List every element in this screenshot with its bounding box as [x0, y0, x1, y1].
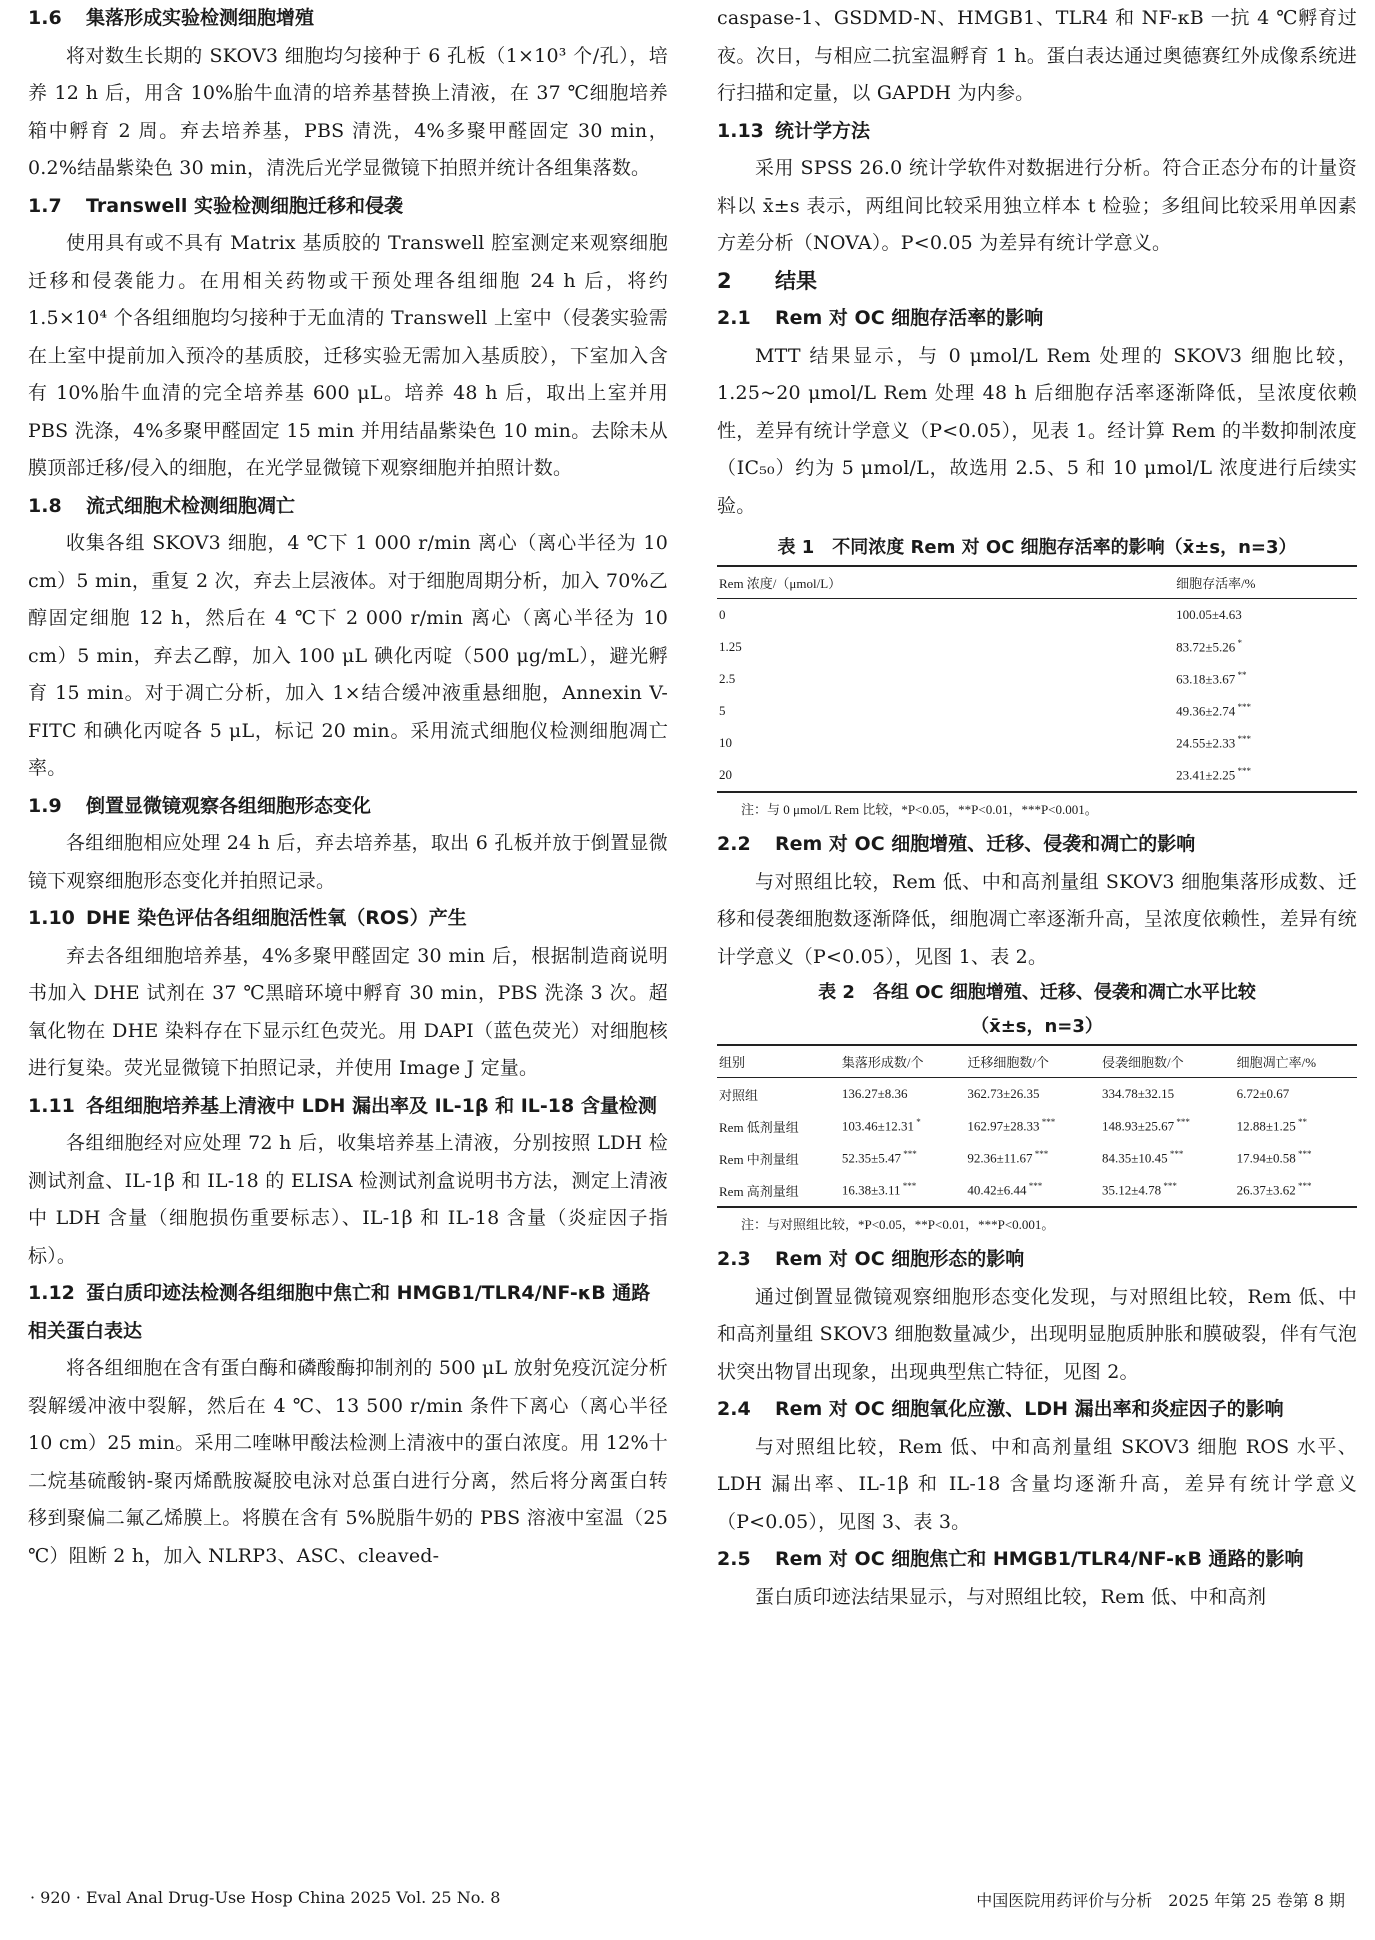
section-heading: 1.6集落形成实验检测细胞增殖: [28, 0, 668, 38]
section-title: 集落形成实验检测细胞增殖: [86, 7, 314, 29]
right-top-text: caspase-1、GSDMD-N、HMGB1、TLR4 和 NF-κB 一抗 …: [717, 0, 1357, 525]
table-row: 2023.41±2.25 ***: [717, 759, 1357, 792]
body-paragraph: caspase-1、GSDMD-N、HMGB1、TLR4 和 NF-κB 一抗 …: [717, 0, 1357, 113]
body-paragraph: 将各组细胞在含有蛋白酶和磷酸酶抑制剂的 500 μL 放射免疫沉淀分析裂解缓冲液…: [28, 1350, 668, 1575]
footer-journal-info: 中国医院用药评价与分析 2025 年第 25 卷第 8 期: [976, 1888, 1345, 1911]
section-title: Rem 对 OC 细胞增殖、迁移、侵袭和凋亡的影响: [775, 833, 1195, 855]
body-paragraph: 与对照组比较，Rem 低、中和高剂量组 SKOV3 细胞 ROS 水平、LDH …: [717, 1429, 1357, 1542]
table2-note: 注：与对照组比较，*P<0.05，**P<0.01，***P<0.001。: [741, 1214, 1357, 1233]
right-mid-text: 2.2Rem 对 OC 细胞增殖、迁移、侵袭和凋亡的影响与对照组比较，Rem 低…: [717, 826, 1357, 976]
section-number: 2.3: [717, 1241, 775, 1279]
concentration-cell: 1.25: [717, 631, 876, 663]
table-cell: 52.35±5.47 ***: [840, 1142, 965, 1174]
section-title: Rem 对 OC 细胞焦亡和 HMGB1/TLR4/NF-κB 通路的影响: [775, 1548, 1304, 1570]
body-paragraph: 收集各组 SKOV3 细胞，4 ℃下 1 000 r/min 离心（离心半径为 …: [28, 525, 668, 788]
right-column: caspase-1、GSDMD-N、HMGB1、TLR4 和 NF-κB 一抗 …: [717, 0, 1357, 1616]
table-row: Rem 低剂量组103.46±12.31 *162.97±28.33 ***14…: [717, 1110, 1357, 1142]
survival-rate-cell: 83.72±5.26 *: [876, 631, 1357, 663]
table2-header: 侵袭细胞数/个: [1100, 1045, 1235, 1078]
section-title: 流式细胞术检测细胞凋亡: [86, 495, 295, 517]
section-title: Rem 对 OC 细胞形态的影响: [775, 1248, 1024, 1270]
table-cell: 40.42±6.44 ***: [965, 1174, 1100, 1207]
table2-header: 细胞凋亡率/%: [1235, 1045, 1357, 1078]
survival-rate-cell: 100.05±4.63: [876, 599, 1357, 632]
concentration-cell: 5: [717, 695, 876, 727]
table1-header: Rem 浓度/（μmol/L）: [717, 566, 876, 599]
table-cell: 对照组: [717, 1078, 840, 1111]
body-paragraph: MTT 结果显示，与 0 μmol/L Rem 处理的 SKOV3 细胞比较，1…: [717, 338, 1357, 526]
section-number: 2.2: [717, 826, 775, 864]
right-bottom-text: 2.3Rem 对 OC 细胞形态的影响通过倒置显微镜观察细胞形态变化发现，与对照…: [717, 1241, 1357, 1616]
section-title: Rem 对 OC 细胞存活率的影响: [775, 307, 1043, 329]
table-cell: 162.97±28.33 ***: [965, 1110, 1100, 1142]
section-title: Transwell 实验检测细胞迁移和侵袭: [86, 195, 403, 217]
section-number: 1.13: [717, 113, 775, 151]
body-paragraph: 各组细胞经对应处理 72 h 后，收集培养基上清液，分别按照 LDH 检测试剂盒…: [28, 1125, 668, 1275]
table-cell: 334.78±32.15: [1100, 1078, 1235, 1111]
section-heading: 2.3Rem 对 OC 细胞形态的影响: [717, 1241, 1357, 1279]
survival-rate-cell: 63.18±3.67 **: [876, 663, 1357, 695]
table1: 表 1 不同浓度 Rem 对 OC 细胞存活率的影响（x̄±s，n=3） Rem…: [717, 531, 1357, 818]
section-number: 1.8: [28, 488, 86, 526]
left-column: 1.6集落形成实验检测细胞增殖将对数生长期的 SKOV3 细胞均匀接种于 6 孔…: [28, 0, 668, 1575]
section-heading: 1.10DHE 染色评估各组细胞活性氧（ROS）产生: [28, 900, 668, 938]
body-paragraph: 采用 SPSS 26.0 统计学软件对数据进行分析。符合正态分布的计量资料以 x…: [717, 150, 1357, 263]
section-number: 2.5: [717, 1541, 775, 1579]
table-cell: 26.37±3.62 ***: [1235, 1174, 1357, 1207]
table-cell: Rem 低剂量组: [717, 1110, 840, 1142]
section-number: 2: [717, 263, 775, 301]
table-row: 0100.05±4.63: [717, 599, 1357, 632]
table-cell: 35.12±4.78 ***: [1100, 1174, 1235, 1207]
table2-header: 组别: [717, 1045, 840, 1078]
table-row: 549.36±2.74 ***: [717, 695, 1357, 727]
table-cell: 12.88±1.25 **: [1235, 1110, 1357, 1142]
table1-caption: 表 1 不同浓度 Rem 对 OC 细胞存活率的影响（x̄±s，n=3）: [717, 531, 1357, 565]
table2-grid: 组别集落形成数/个迁移细胞数/个侵袭细胞数/个细胞凋亡率/% 对照组136.27…: [717, 1044, 1357, 1208]
section-heading: 1.8流式细胞术检测细胞凋亡: [28, 488, 668, 526]
table-cell: 136.27±8.36: [840, 1078, 965, 1111]
table-row: Rem 中剂量组52.35±5.47 ***92.36±11.67 ***84.…: [717, 1142, 1357, 1174]
section-number: 1.11: [28, 1088, 86, 1126]
body-paragraph: 通过倒置显微镜观察细胞形态变化发现，与对照组比较，Rem 低、中和高剂量组 SK…: [717, 1279, 1357, 1392]
table-cell: 17.94±0.58 ***: [1235, 1142, 1357, 1174]
survival-rate-cell: 49.36±2.74 ***: [876, 695, 1357, 727]
body-paragraph: 各组细胞相应处理 24 h 后，弃去培养基，取出 6 孔板并放于倒置显微镜下观察…: [28, 825, 668, 900]
table-cell: 16.38±3.11 ***: [840, 1174, 965, 1207]
body-paragraph: 与对照组比较，Rem 低、中和高剂量组 SKOV3 细胞集落形成数、迁移和侵袭细…: [717, 864, 1357, 977]
section-heading: 1.7Transwell 实验检测细胞迁移和侵袭: [28, 188, 668, 226]
section-heading: 2.1Rem 对 OC 细胞存活率的影响: [717, 300, 1357, 338]
table-cell: 362.73±26.35: [965, 1078, 1100, 1111]
table-row: 1.2583.72±5.26 *: [717, 631, 1357, 663]
concentration-cell: 0: [717, 599, 876, 632]
section-title: DHE 染色评估各组细胞活性氧（ROS）产生: [86, 907, 467, 929]
concentration-cell: 2.5: [717, 663, 876, 695]
section-heading: 2.2Rem 对 OC 细胞增殖、迁移、侵袭和凋亡的影响: [717, 826, 1357, 864]
section-number: 1.6: [28, 0, 86, 38]
concentration-cell: 10: [717, 727, 876, 759]
table-cell: 148.93±25.67 ***: [1100, 1110, 1235, 1142]
table1-header: 细胞存活率/%: [876, 566, 1357, 599]
table-cell: 6.72±0.67: [1235, 1078, 1357, 1111]
section-heading: 1.12蛋白质印迹法检测各组细胞中焦亡和 HMGB1/TLR4/NF-κB 通路…: [28, 1275, 668, 1350]
body-paragraph: 蛋白质印迹法结果显示，与对照组比较，Rem 低、中和高剂: [717, 1579, 1357, 1617]
section-title: 各组细胞培养基上清液中 LDH 漏出率及 IL-1β 和 IL-18 含量检测: [86, 1095, 657, 1117]
table1-grid: Rem 浓度/（μmol/L） 细胞存活率/% 0100.05±4.631.25…: [717, 565, 1357, 793]
section-number: 2.4: [717, 1391, 775, 1429]
body-paragraph: 使用具有或不具有 Matrix 基质胶的 Transwell 腔室测定来观察细胞…: [28, 225, 668, 488]
table-cell: 84.35±10.45 ***: [1100, 1142, 1235, 1174]
table-row: 对照组136.27±8.36362.73±26.35334.78±32.156.…: [717, 1078, 1357, 1111]
section-title: Rem 对 OC 细胞氧化应激、LDH 漏出率和炎症因子的影响: [775, 1398, 1284, 1420]
body-paragraph: 弃去各组细胞培养基，4%多聚甲醛固定 30 min 后，根据制造商说明书加入 D…: [28, 938, 668, 1088]
survival-rate-cell: 23.41±2.25 ***: [876, 759, 1357, 792]
section-heading: 2.4Rem 对 OC 细胞氧化应激、LDH 漏出率和炎症因子的影响: [717, 1391, 1357, 1429]
table2-caption-stats: （x̄±s，n=3）: [717, 1010, 1357, 1044]
table1-note: 注：与 0 μmol/L Rem 比较，*P<0.05，**P<0.01，***…: [741, 799, 1357, 818]
section-title: 蛋白质印迹法检测各组细胞中焦亡和 HMGB1/TLR4/NF-κB 通路相关蛋白…: [28, 1282, 650, 1342]
section-number: 1.9: [28, 788, 86, 826]
section-title: 结果: [775, 269, 817, 293]
section-heading: 1.13统计学方法: [717, 113, 1357, 151]
section-number: 2.1: [717, 300, 775, 338]
survival-rate-cell: 24.55±2.33 ***: [876, 727, 1357, 759]
table-cell: Rem 高剂量组: [717, 1174, 840, 1207]
table-row: Rem 高剂量组16.38±3.11 ***40.42±6.44 ***35.1…: [717, 1174, 1357, 1207]
table2-header: 集落形成数/个: [840, 1045, 965, 1078]
section-number: 1.7: [28, 188, 86, 226]
table2-header: 迁移细胞数/个: [965, 1045, 1100, 1078]
section-heading: 2结果: [717, 263, 1357, 301]
table2: 表 2 各组 OC 细胞增殖、迁移、侵袭和凋亡水平比较 （x̄±s，n=3） 组…: [717, 976, 1357, 1233]
table-cell: 92.36±11.67 ***: [965, 1142, 1100, 1174]
footer-page-info: · 920 · Eval Anal Drug-Use Hosp China 20…: [30, 1888, 500, 1907]
section-title: 倒置显微镜观察各组细胞形态变化: [86, 795, 371, 817]
section-heading: 1.9倒置显微镜观察各组细胞形态变化: [28, 788, 668, 826]
table2-caption: 表 2 各组 OC 细胞增殖、迁移、侵袭和凋亡水平比较: [717, 976, 1357, 1010]
section-title: 统计学方法: [775, 120, 870, 142]
table-row: 1024.55±2.33 ***: [717, 727, 1357, 759]
body-paragraph: 将对数生长期的 SKOV3 细胞均匀接种于 6 孔板（1×10³ 个/孔），培养…: [28, 38, 668, 188]
section-number: 1.12: [28, 1275, 86, 1313]
table-cell: Rem 中剂量组: [717, 1142, 840, 1174]
table-cell: 103.46±12.31 *: [840, 1110, 965, 1142]
section-number: 1.10: [28, 900, 86, 938]
section-heading: 2.5Rem 对 OC 细胞焦亡和 HMGB1/TLR4/NF-κB 通路的影响: [717, 1541, 1357, 1579]
table-row: 2.563.18±3.67 **: [717, 663, 1357, 695]
section-heading: 1.11各组细胞培养基上清液中 LDH 漏出率及 IL-1β 和 IL-18 含…: [28, 1088, 668, 1126]
concentration-cell: 20: [717, 759, 876, 792]
